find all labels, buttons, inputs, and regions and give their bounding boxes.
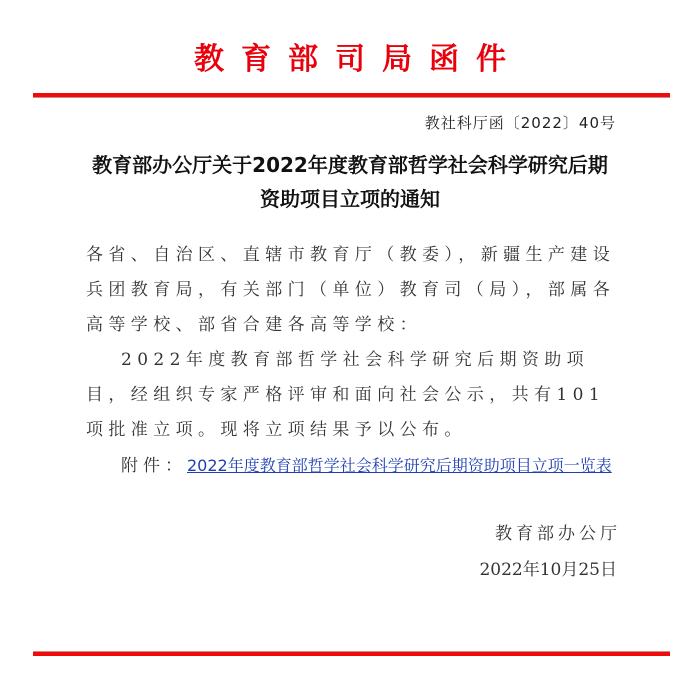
addressee: 各省、自治区、直辖市教育厅（教委），新疆生产建设兵团教育局，有关部门（单位）教育… bbox=[86, 238, 620, 343]
signature-date: 2022年10月25日 bbox=[479, 552, 617, 588]
footer-red-rule bbox=[33, 651, 670, 656]
attachment-label: 附件： bbox=[121, 456, 187, 476]
document-body: 各省、自治区、直辖市教育厅（教委），新疆生产建设兵团教育局，有关部门（单位）教育… bbox=[86, 238, 620, 484]
signature-organization: 教育部办公厅 bbox=[479, 516, 621, 552]
masthead-red-rule bbox=[33, 93, 670, 98]
masthead-title: 教育部司局函件 bbox=[0, 40, 700, 80]
title-line-2: 资助项目立项的通知 bbox=[60, 182, 640, 216]
signature-block: 教育部办公厅 2022年10月25日 bbox=[479, 516, 617, 588]
attachment-link[interactable]: 2022年度教育部哲学社会科学研究后期资助项目立项一览表 bbox=[187, 456, 612, 475]
document-number: 教社科厅函〔2022〕40号 bbox=[425, 112, 616, 134]
title-line-1: 教育部办公厅关于2022年度教育部哲学社会科学研究后期 bbox=[60, 148, 640, 182]
main-paragraph: 2022年度教育部哲学社会科学研究后期资助项目，经组织专家严格评审和面向社会公示… bbox=[86, 343, 620, 448]
document-title: 教育部办公厅关于2022年度教育部哲学社会科学研究后期 资助项目立项的通知 bbox=[60, 148, 640, 216]
attachment-line: 附件：2022年度教育部哲学社会科学研究后期资助项目立项一览表 bbox=[86, 448, 620, 484]
